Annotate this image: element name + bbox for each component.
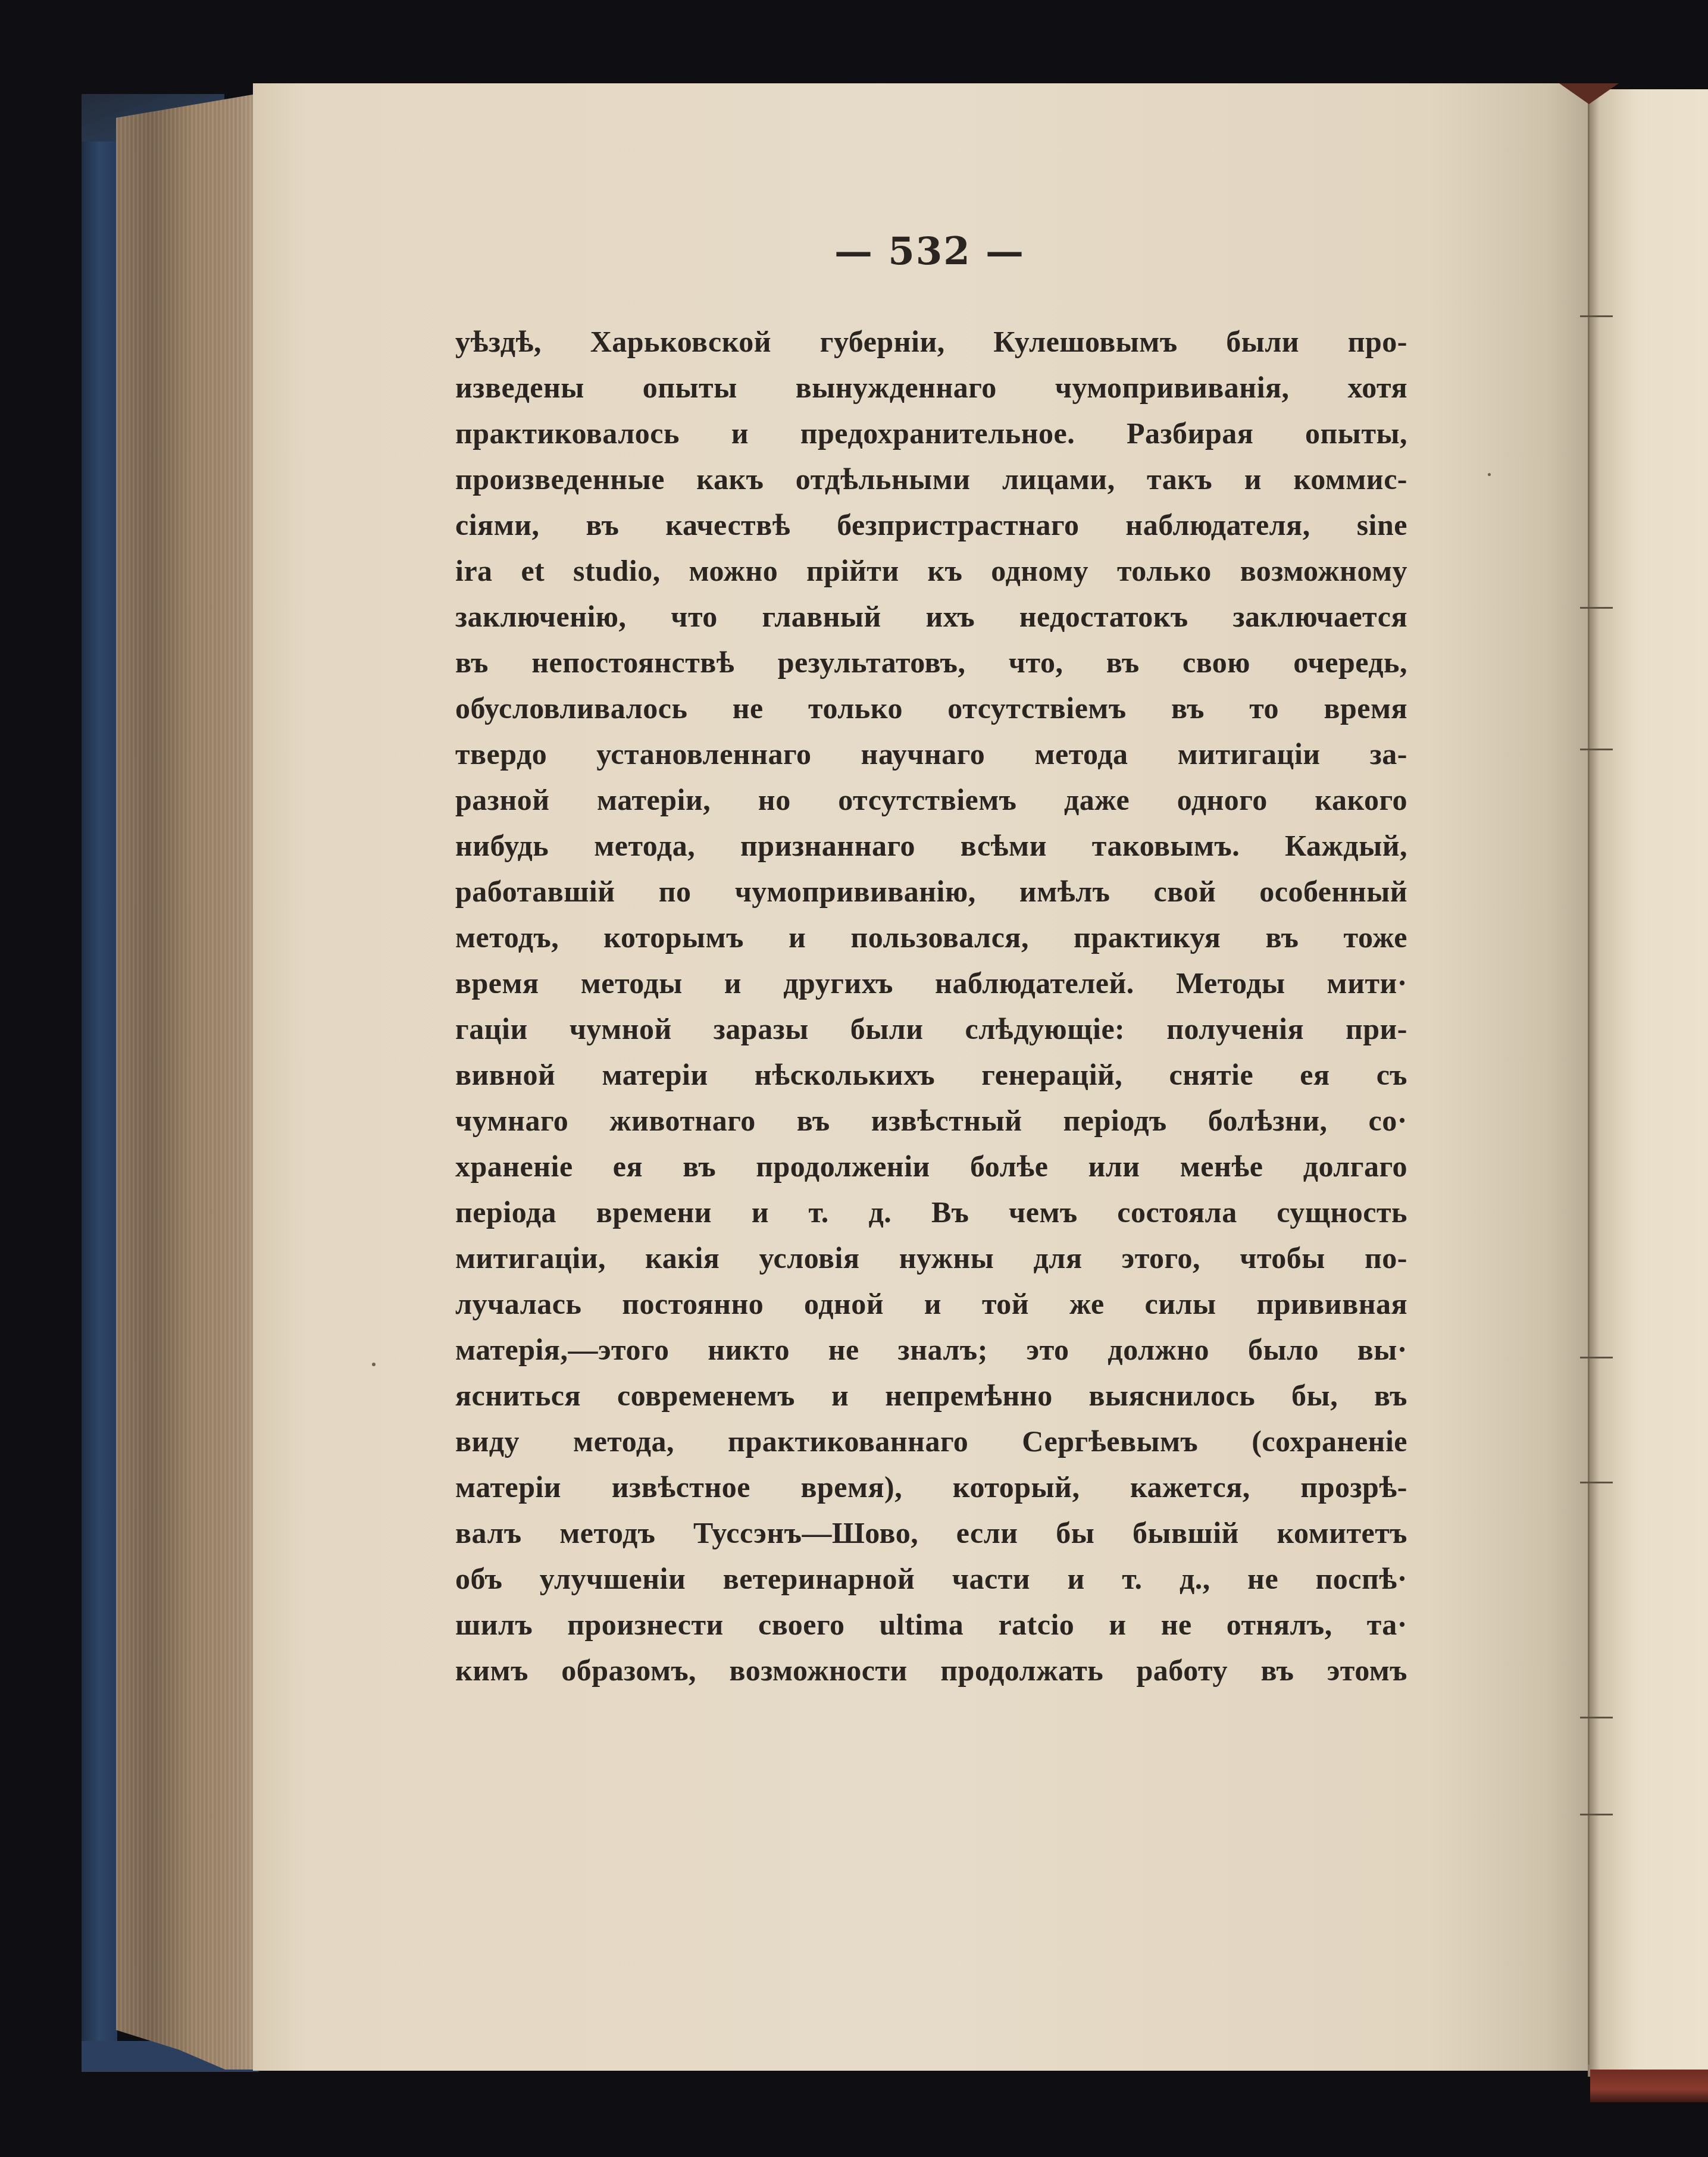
text-line: чумнаго животнаго въ извѣстный періодъ б…	[455, 1098, 1407, 1144]
page-text-block: — 532 — уѣздѣ, Харьковской губерніи, Кул…	[455, 229, 1407, 1693]
text-line: практиковалось и предохранительное. Разб…	[455, 411, 1407, 456]
binding-thread-mark	[1580, 315, 1613, 317]
text-line: періода времени и т. д. Въ чемъ состояла…	[455, 1189, 1407, 1235]
text-line: валъ методъ Туссэнъ—Шово, если бы бывшій…	[455, 1510, 1407, 1556]
text-line: время методы и другихъ наблюдателей. Мет…	[455, 960, 1407, 1006]
text-line: митигаціи, какія условія нужны для этого…	[455, 1235, 1407, 1281]
spine-headband-bottom	[1590, 2070, 1708, 2102]
text-line: работавшій по чумопрививанію, имѣлъ свой…	[455, 869, 1407, 915]
binding-thread-mark	[1580, 1482, 1613, 1483]
text-line: разной матеріи, но отсутствіемъ даже одн…	[455, 777, 1407, 823]
text-line: виду метода, практикованнаго Сергѣевымъ …	[455, 1419, 1407, 1464]
text-line: кимъ образомъ, возможности продолжать ра…	[455, 1648, 1407, 1693]
text-line: матерія,—этого никто не зналъ; это должн…	[455, 1327, 1407, 1373]
text-line: ясниться современемъ и непремѣнно выясни…	[455, 1373, 1407, 1419]
gutter-fold	[1588, 101, 1590, 2065]
text-line: матеріи извѣстное время), который, кажет…	[455, 1464, 1407, 1510]
text-line: шилъ произнести своего ultima ratcio и н…	[455, 1602, 1407, 1648]
text-line: произведенные какъ отдѣльными лицами, та…	[455, 456, 1407, 502]
binding-thread-mark	[1580, 749, 1613, 750]
text-line: обусловливалось не только отсутствіемъ в…	[455, 685, 1407, 731]
binding-thread-mark	[1580, 607, 1613, 609]
book-cover-left	[82, 94, 117, 2071]
text-line: заключенію, что главный ихъ недостатокъ …	[455, 594, 1407, 640]
text-line: твердо установленнаго научнаго метода ми…	[455, 731, 1407, 777]
binding-thread-mark	[1580, 1717, 1613, 1718]
text-line: лучалась постоянно одной и той же силы п…	[455, 1281, 1407, 1327]
paper-speck	[1488, 473, 1491, 476]
binding-thread-mark	[1580, 1357, 1613, 1358]
text-line: нибудь метода, признаннаго всѣми таковым…	[455, 823, 1407, 869]
text-line: объ улучшеніи ветеринарной части и т. д.…	[455, 1556, 1407, 1602]
text-line: сіями, въ качествѣ безпристрастнаго набл…	[455, 502, 1407, 548]
book-page-edges	[116, 94, 256, 2070]
text-line: въ непостоянствѣ результатовъ, что, въ с…	[455, 640, 1407, 685]
text-line: ira et studio, можно прійти къ одному то…	[455, 548, 1407, 594]
binding-thread-mark	[1580, 1814, 1613, 1815]
text-line: гаціи чумной заразы были слѣдующіе: полу…	[455, 1006, 1407, 1052]
text-line: храненіе ея въ продолженіи болѣе или мен…	[455, 1144, 1407, 1189]
text-line: методъ, которымъ и пользовался, практику…	[455, 915, 1407, 960]
text-line: уѣздѣ, Харьковской губерніи, Кулешовымъ …	[455, 319, 1407, 365]
text-line: вивной матеріи нѣсколькихъ генерацій, сн…	[455, 1052, 1407, 1098]
text-line: изведены опыты вынужденнаго чумопрививан…	[455, 365, 1407, 411]
page-number: — 532 —	[452, 229, 1407, 274]
facing-page-edge	[1588, 89, 1708, 2077]
paper-speck	[372, 1363, 376, 1366]
